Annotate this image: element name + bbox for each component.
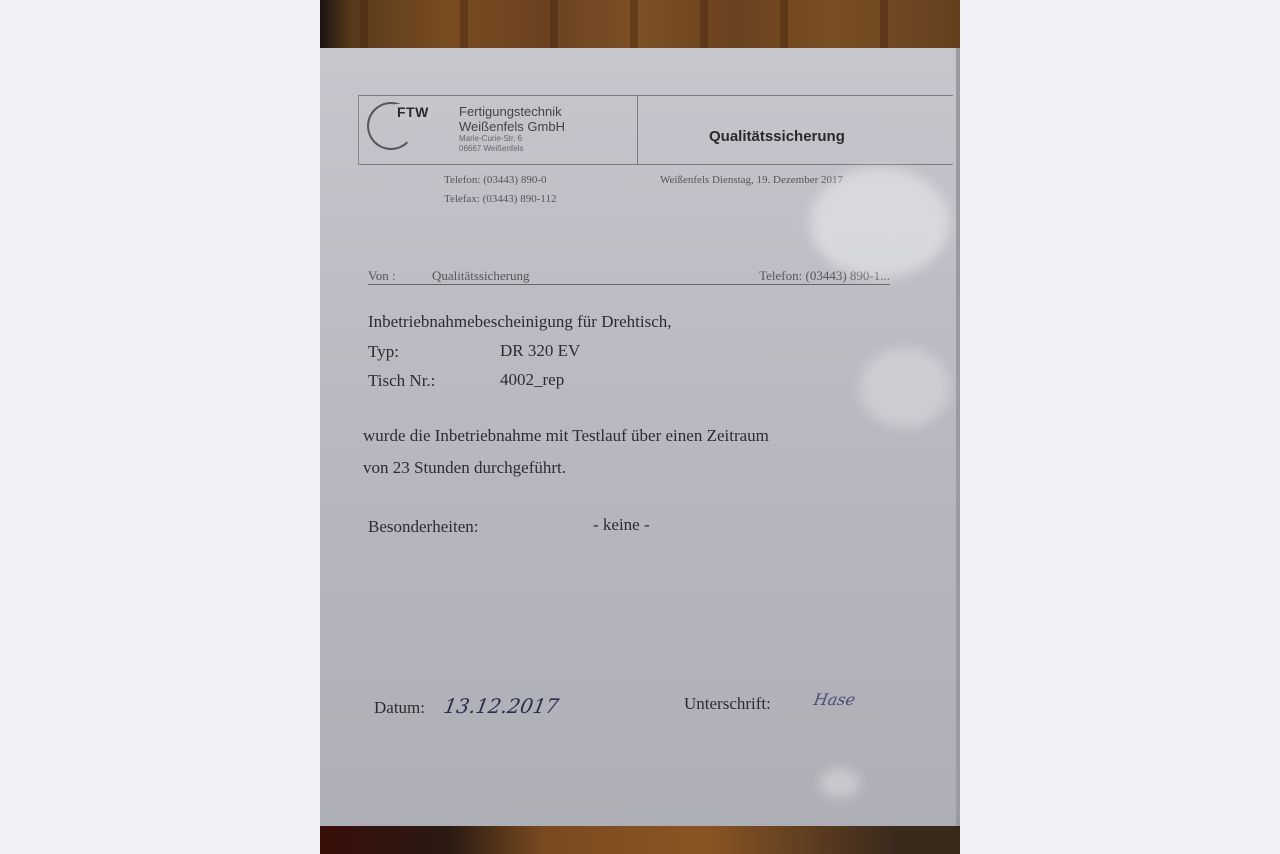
- glare: [810, 168, 950, 278]
- from-line: Von : Qualitätssicherung Telefon: (03443…: [368, 268, 890, 285]
- document-photo: FTW Fertigungstechnik Weißenfels GmbH Ma…: [320, 0, 960, 854]
- company-street: Marie-Curie-Str. 6: [459, 134, 565, 144]
- table-no-value: 4002_rep: [500, 370, 564, 390]
- from-value: Qualitätssicherung: [432, 268, 529, 284]
- company-telefax: Telefax: (03443) 890-112: [444, 193, 556, 205]
- date-handwritten: 13.12.2017: [442, 694, 561, 718]
- body-line-1: wurde die Inbetriebnahme mit Testlauf üb…: [363, 426, 769, 446]
- glare: [860, 348, 950, 428]
- glare: [820, 768, 860, 798]
- date-label: Datum:: [374, 698, 425, 718]
- company-name-1: Fertigungstechnik: [459, 104, 565, 119]
- company-city: 06667 Weißenfels: [459, 144, 565, 154]
- document-title: Inbetriebnahmebescheinigung für Drehtisc…: [368, 312, 672, 332]
- company-telefon: Telefon: (03443) 890-0: [444, 174, 546, 186]
- department-title: Qualitätssicherung: [709, 128, 845, 145]
- table-no-label: Tisch Nr.:: [368, 371, 435, 391]
- header-divider: [637, 96, 638, 164]
- remarks-value: - keine -: [593, 515, 650, 535]
- signature-label: Unterschrift:: [684, 694, 771, 714]
- company-logo: FTW: [395, 104, 431, 120]
- company-block: Fertigungstechnik Weißenfels GmbH Marie-…: [459, 104, 565, 154]
- paper-sheet: FTW Fertigungstechnik Weißenfels GmbH Ma…: [320, 48, 960, 828]
- type-label: Typ:: [368, 342, 399, 362]
- signature-handwritten: Hase: [812, 690, 857, 709]
- from-label: Von :: [368, 268, 396, 284]
- table-edge: [320, 826, 960, 854]
- type-value: DR 320 EV: [500, 341, 580, 361]
- body-line-2: von 23 Stunden durchgeführt.: [363, 458, 566, 478]
- letterhead: FTW Fertigungstechnik Weißenfels GmbH Ma…: [358, 95, 953, 165]
- dateline: Weißenfels Dienstag, 19. Dezember 2017: [660, 174, 843, 186]
- remarks-label: Besonderheiten:: [368, 517, 478, 537]
- company-name-2: Weißenfels GmbH: [459, 119, 565, 134]
